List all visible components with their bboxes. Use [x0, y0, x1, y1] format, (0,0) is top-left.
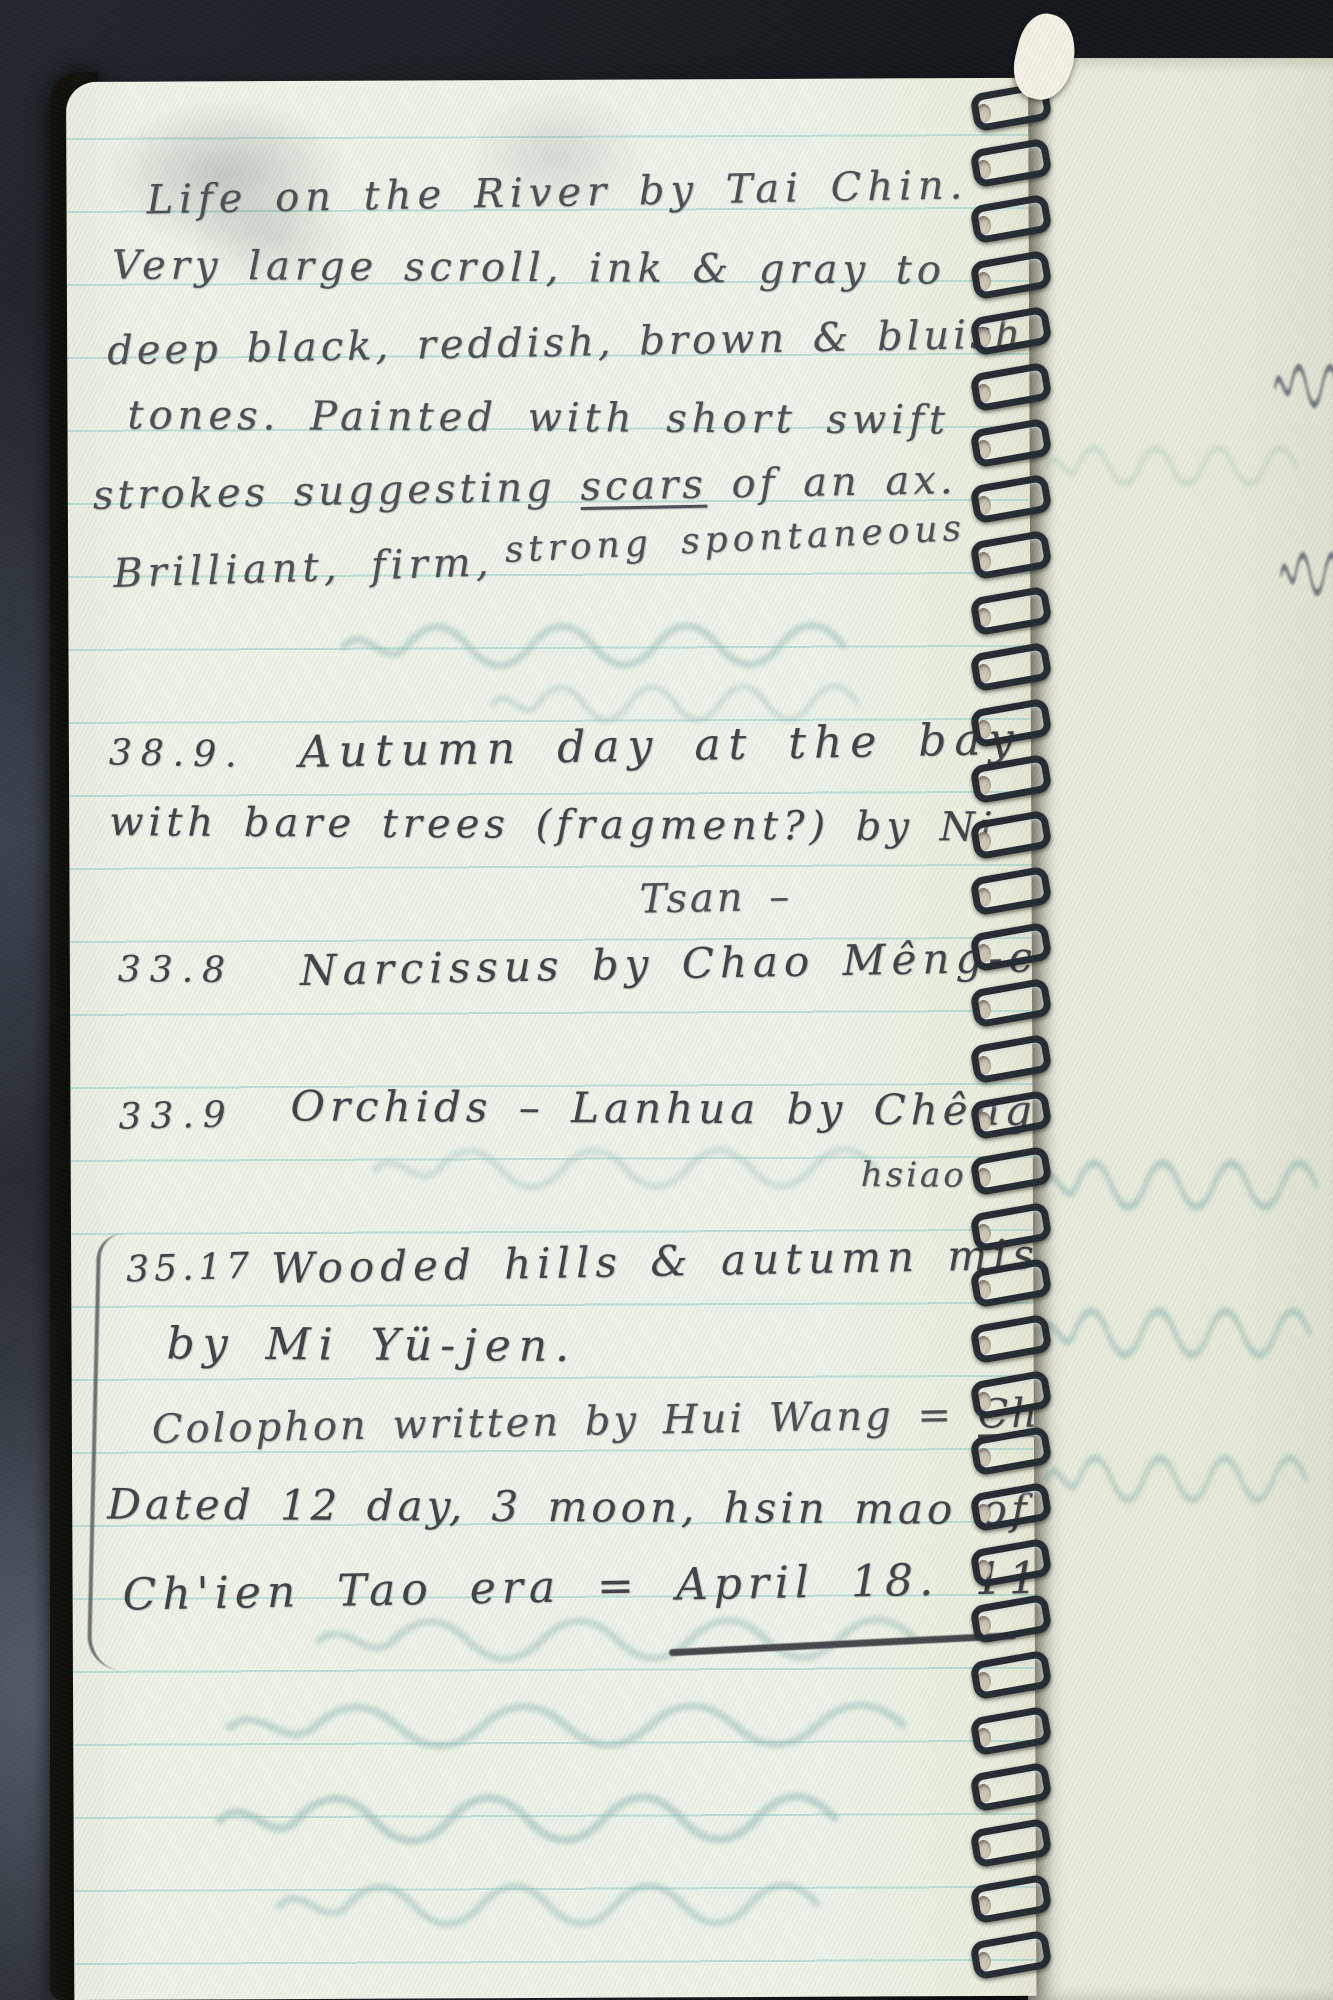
adjacent-page	[1028, 58, 1333, 2000]
bleed-through-mark	[338, 614, 858, 678]
bleed-through-mark	[1280, 544, 1333, 604]
entry-number: 38.9.	[109, 732, 246, 776]
underlined-word: scars	[580, 462, 707, 510]
handwriting-line: strokes suggesting scars of an ax.	[92, 457, 957, 519]
bleed-through-mark	[1274, 356, 1333, 416]
raised-phrase: strong spontaneous	[504, 508, 967, 571]
handwriting-segment: Brilliant, firm,	[113, 539, 494, 597]
handwriting-segment: strokes suggesting	[92, 464, 580, 519]
entry-number: 33.8	[118, 949, 234, 991]
handwriting-line: Dated 12 day, 3 moon, hsin mao of the	[107, 1480, 1036, 1535]
entry-number: 33.9	[118, 1094, 235, 1138]
handwriting-line: deep black, reddish, brown & bluish	[107, 311, 1025, 374]
handwriting-line: Narcissus by Chao Mêng-chien	[299, 931, 1036, 995]
handwriting-line: hsiao	[861, 1156, 967, 1196]
handwriting-line: Brilliant, firm,strong spontaneous	[113, 525, 968, 597]
bleed-through-mark	[223, 1693, 923, 1758]
bleed-through-mark	[1038, 1298, 1318, 1368]
underlined-name: Chu Hsi	[977, 1388, 1036, 1438]
handwriting-line: Orchids – Lanhua by Chêng Ssŭ-	[290, 1082, 1036, 1136]
handwriting-line: tones. Painted with short swift	[127, 392, 950, 443]
handwriting-line: by Mi Yü-jen.	[166, 1319, 577, 1372]
handwriting-segment: of an ax.	[706, 457, 957, 508]
entry-number: 35.17	[126, 1246, 255, 1291]
handwriting-line: Wooded hills & autumn mists	[271, 1230, 1037, 1293]
bleed-through-mark	[1040, 1150, 1325, 1220]
bleed-through-mark	[274, 1874, 834, 1936]
bleed-through-mark	[371, 1138, 891, 1198]
bleed-through-mark	[313, 1608, 933, 1671]
date-text: April 18. 1171	[675, 1552, 1036, 1611]
handwriting-line: Very large scroll, ink & gray to	[112, 242, 946, 293]
handwriting-line: with bare trees (fragment?) by Ni	[109, 799, 997, 850]
handwriting-line: Colophon written by Hui Wang = Chu Hsi	[152, 1388, 1037, 1453]
handwriting-segment: Colophon written by Hui Wang =	[152, 1392, 979, 1453]
bleed-through-mark	[1044, 438, 1304, 494]
date-underline-stroke	[669, 1632, 1017, 1656]
handwriting-segment: Ch'ien Tao era =	[122, 1560, 676, 1621]
bleed-through-mark	[1044, 1446, 1314, 1512]
handwriting-line: Ch'ien Tao era = April 18. 1171	[122, 1553, 1036, 1622]
photo-background: Life on the River by Tai Chin. Very larg…	[0, 0, 1333, 2000]
handwriting-line: Tsan –	[639, 874, 792, 923]
handwriting-line: Life on the River by Tai Chin.	[146, 162, 969, 223]
notebook-page: Life on the River by Tai Chin. Very larg…	[66, 78, 1036, 2000]
handwriting-line: Autumn day at the bay	[299, 715, 1022, 779]
bleed-through-mark	[213, 1784, 853, 1855]
